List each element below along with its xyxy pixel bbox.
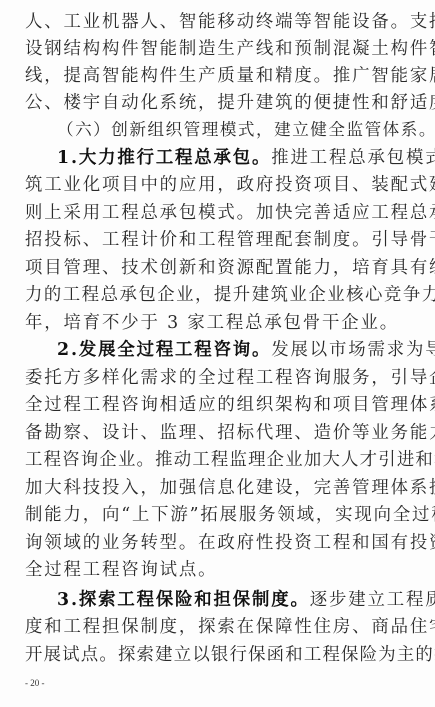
text-line: 项目管理、技术创新和资源配置能力，培育具有综合管理能 [25, 258, 413, 280]
text-line: 加大科技投入，加强信息化建设，完善管理体系提升现场控 [25, 478, 413, 500]
text-line: 制能力，向“上下游”拓展服务领域，实现向全过程工程咨 [25, 505, 413, 527]
paragraph-heading: 2.发展全过程工程咨询。 [57, 340, 271, 360]
text-line: 公、楼宇自动化系统，提升建筑的便捷性和舒适度。 [25, 93, 413, 115]
section-heading: （六）创新组织管理模式，建立健全监管体系。 [57, 120, 413, 142]
paragraph-text: 发展以市场需求为导向、满足 [271, 340, 435, 360]
text-line: 工程咨询企业。推动工程监理企业加大人才引进和培育力度， [25, 450, 413, 472]
text-line: 询领域的业务转型。在政府性投资工程和国有投资项目开展 [25, 533, 413, 555]
text-line: 全过程工程咨询相适应的组织架构和项目管理体系，培育具 [25, 395, 413, 417]
text-line: 人、工业机器人、智能移动终端等智能设备。支持研发和建 [25, 12, 413, 34]
paragraph-heading: 1.大力推行工程总承包。 [57, 148, 271, 168]
paragraph-start: 3.探索工程保险和担保制度。逐步建立工程质量保险制 [57, 590, 413, 612]
text-line: 筑工业化项目中的应用，政府投资项目、装配式建筑项目原 [25, 175, 413, 197]
text-line: 开展试点。探索建立以银行保函和工程保险为主的投标担保、 [25, 645, 413, 667]
text-line: 备勘察、设计、监理、招标代理、造价等业务能力的全过程 [25, 423, 413, 445]
text-line: 则上采用工程总承包模式。加快完善适应工程总承包发展的 [25, 203, 413, 225]
text-line: 委托方多样化需求的全过程工程咨询服务，引导企业建立与 [25, 368, 413, 390]
text-line: 线，提高智能构件生产质量和精度。推广智能家居、智能办 [25, 66, 413, 88]
paragraph-text: 推进工程总承包模式在新型建 [271, 148, 435, 168]
paragraph-text: 逐步建立工程质量保险制 [310, 590, 435, 610]
document-page: 人、工业机器人、智能移动终端等智能设备。支持研发和建 设钢结构构件智能制造生产线… [0, 0, 435, 707]
text-line: 力的工程总承包企业，提升建筑业企业核心竞争力。到 2025 [25, 285, 413, 307]
text-line: 度和工程担保制度，探索在保障性住房、商品住宅等项目中 [25, 617, 413, 639]
text-line: 年，培育不少于 3 家工程总承包骨干企业。 [25, 313, 413, 335]
paragraph-start: 2.发展全过程工程咨询。发展以市场需求为导向、满足 [57, 340, 413, 362]
text-line: 设钢结构构件智能制造生产线和预制混凝土构件智能生产 [25, 39, 413, 61]
page-number: - 20 - [25, 678, 45, 688]
paragraph-start: 1.大力推行工程总承包。推进工程总承包模式在新型建 [57, 148, 413, 170]
paragraph-heading: 3.探索工程保险和担保制度。 [57, 590, 310, 610]
text-line: 招投标、工程计价和工程管理配套制度。引导骨干企业提高 [25, 230, 413, 252]
text-line: 全过程工程咨询试点。 [25, 560, 413, 582]
